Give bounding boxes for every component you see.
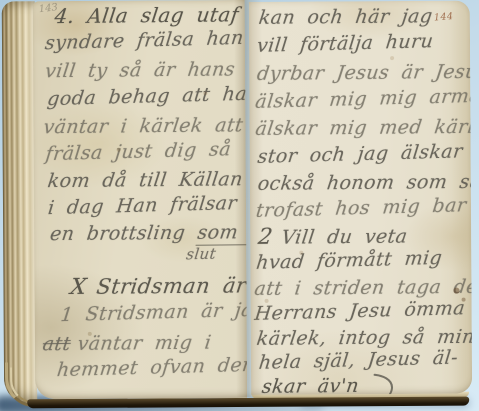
handwritten-line: goda behag att han bbox=[46, 82, 247, 110]
underlined-word: äv'n bbox=[316, 375, 370, 395]
handwritten-line: hvad förmått mig bbox=[255, 247, 443, 274]
handwritten-line: hela själ, Jesus äl- bbox=[258, 347, 460, 374]
handwritten-line: kan och här jag bbox=[257, 5, 434, 29]
song-title: Stridsman är jag bbox=[95, 273, 247, 299]
handwritten-line: hemmet ofvan der bbox=[56, 354, 247, 381]
handwritten-line: älskar mig mig arma, bbox=[254, 85, 472, 113]
handwritten-line: en brottsling som dig bbox=[49, 221, 247, 245]
notebook-photo: 143 4. Alla slag utaf syndare frälsa han… bbox=[0, 0, 479, 411]
handwritten-line: också honom som så bbox=[256, 171, 472, 195]
handwritten-line: vill ty så är hans bbox=[44, 58, 237, 82]
handwritten-line: trofast hos mig bar bbox=[255, 194, 468, 222]
line-text: skar bbox=[261, 375, 320, 395]
pen-flourish-stroke bbox=[367, 372, 403, 395]
handwritten-line: dyrbar Jesus är Jesus bbox=[256, 61, 472, 85]
line-text: en brottsling bbox=[49, 222, 199, 245]
right-page: 144 kan och här jag vill förtälja huru d… bbox=[249, 1, 472, 395]
handwritten-line: syndare frälsa han bbox=[44, 27, 245, 54]
handwritten-line: 4. Alla slag utaf bbox=[53, 2, 240, 28]
x-mark: X bbox=[69, 275, 88, 300]
handwritten-line: i dag Han frälsar bbox=[47, 192, 238, 219]
left-page: 143 4. Alla slag utaf syndare frälsa han… bbox=[33, 0, 247, 399]
page-stack-fore-edge bbox=[2, 1, 37, 404]
age-specks bbox=[0, 1, 1, 3]
line-text: väntar mig i bbox=[76, 332, 213, 355]
right-page-number: 144 bbox=[434, 11, 454, 23]
gutter-shadow bbox=[234, 0, 264, 397]
open-notebook: 143 4. Alla slag utaf syndare frälsa han… bbox=[0, 0, 479, 411]
handwritten-line: frälsa just dig så bbox=[44, 138, 232, 165]
line-text: Vill du veta bbox=[280, 225, 409, 248]
handwritten-line: väntar i kärlek att bbox=[42, 114, 244, 138]
handwritten-line: vill förtälja huru bbox=[256, 30, 435, 57]
handwritten-line: älskar mig med kärlek bbox=[254, 116, 472, 140]
song-heading-line: XStridsman är jag bbox=[69, 273, 247, 300]
end-note: slut bbox=[185, 245, 217, 264]
handwritten-line: Herrans Jesu ömma bbox=[253, 297, 466, 325]
struck-word: att bbox=[41, 333, 72, 355]
handwritten-line: skar äv'n bbox=[258, 372, 402, 395]
handwritten-line: attväntar mig i bbox=[41, 332, 212, 356]
handwritten-line: 2Vill du veta bbox=[257, 223, 410, 249]
handwritten-line: stor och jag älskar bbox=[256, 140, 463, 168]
handwritten-line: kom då till Källan bbox=[46, 168, 244, 192]
handwritten-line: 1 Stridsman är jag o bbox=[59, 298, 247, 326]
handwritten-line: att i striden taga del bbox=[253, 276, 472, 300]
